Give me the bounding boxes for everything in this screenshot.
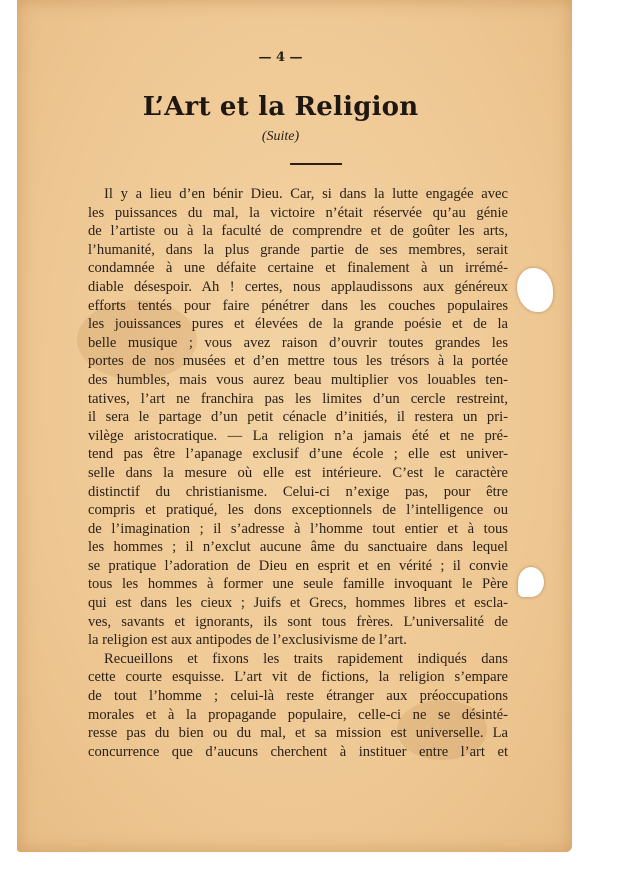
- body-text: Il y a lieu d’en bénir Dieu. Car, si dan…: [88, 185, 508, 761]
- text-line: concurrence que d’aucuns cherchent à ins…: [88, 743, 508, 762]
- text-line: les puissances du mal, la victoire n’éta…: [88, 204, 508, 223]
- text-line: tend pas être l’apanage exclusif d’une é…: [88, 445, 508, 464]
- text-line: distinctif du christianisme. Celui-ci n’…: [88, 483, 508, 502]
- text-line: les jouissances pures et élevées de la g…: [88, 315, 508, 334]
- text-line: vilège aristocratique. — La religion n’a…: [88, 427, 508, 446]
- text-line: qui est dans les cieux ; Juifs et Grecs,…: [88, 594, 508, 613]
- page-number: — 4 —: [3, 50, 558, 65]
- text-line: l’humanité, dans la plus grande partie d…: [88, 241, 508, 260]
- text-line: resse pas du bien ou du mal, et sa missi…: [88, 724, 508, 743]
- text-line: des humbles, mais vous aurez beau multip…: [88, 371, 508, 390]
- text-line: selle dans la mesure où elle est intérie…: [88, 464, 508, 483]
- text-line: morales et à la propagande populaire, ce…: [88, 706, 508, 725]
- text-line: la religion est aux antipodes de l’exclu…: [88, 631, 508, 650]
- text-line: cette courte esquisse. L’art vit de fict…: [88, 668, 508, 687]
- text-line: Il y a lieu d’en bénir Dieu. Car, si dan…: [88, 185, 508, 204]
- text-line: il sera le partage d’un petit cénacle d’…: [88, 408, 508, 427]
- page-title: L’Art et la Religion: [3, 92, 558, 122]
- text-line: de l’artiste ou à la faculté de comprend…: [88, 222, 508, 241]
- text-line: tatives, l’art ne franchira pas les limi…: [88, 390, 508, 409]
- text-line: compris et pratiqué, les dons exceptionn…: [88, 501, 508, 520]
- text-line: diable désespoir. Ah ! certes, nous appl…: [88, 278, 508, 297]
- text-line: condamnée à une défaite certaine et fina…: [88, 259, 508, 278]
- title-divider: [290, 163, 342, 165]
- text-line: ves, savants et ignorants, ils sont tous…: [88, 613, 508, 632]
- text-line: de tout l’homme ; celui-là reste étrange…: [88, 687, 508, 706]
- page-subtitle: (Suite): [3, 129, 558, 145]
- text-line: belle musique ; vous avez raison d’ouvri…: [88, 334, 508, 353]
- paper-hole: [518, 567, 544, 597]
- text-line: portes de nos musées et d’en mettre tous…: [88, 352, 508, 371]
- text-line: tous les hommes à former une seule famil…: [88, 575, 508, 594]
- text-line: de l’imagination ; il s’adresse à l’homm…: [88, 520, 508, 539]
- text-line: efforts tentés pour faire pénétrer dans …: [88, 297, 508, 316]
- text-line: les hommes ; il n’exclut aucune âme du s…: [88, 538, 508, 557]
- text-line: Recueillons et fixons les traits rapidem…: [88, 650, 508, 669]
- text-line: se pratique l’adoration de Dieu en espri…: [88, 557, 508, 576]
